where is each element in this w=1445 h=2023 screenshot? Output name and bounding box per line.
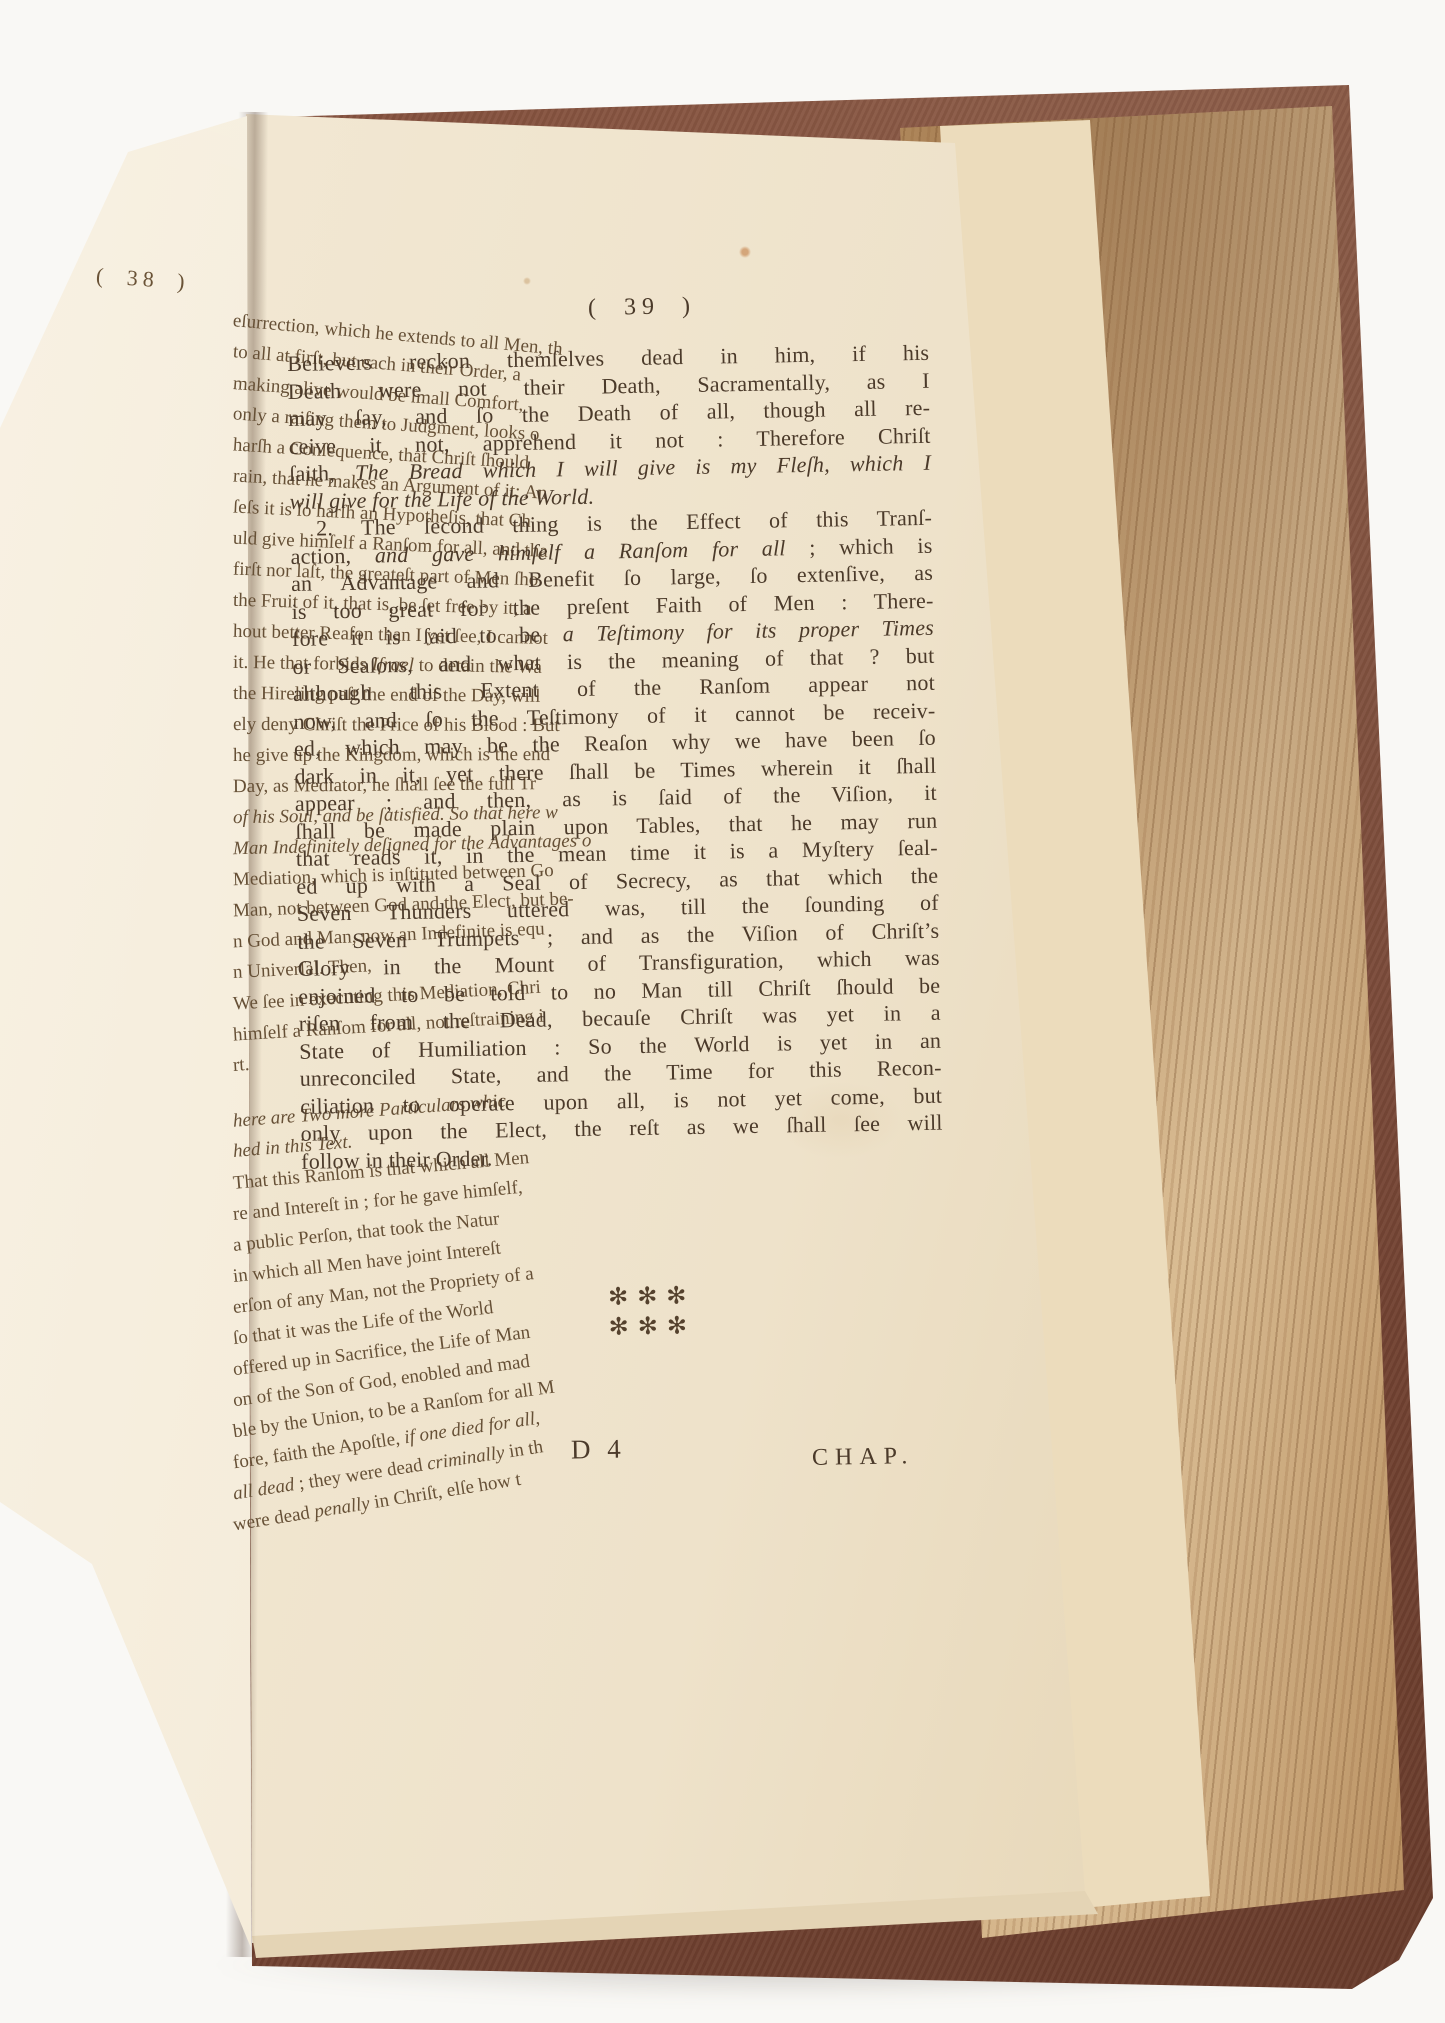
printer-ornament-row: ✻✻✻ xyxy=(591,1280,712,1312)
left-page-text: eſurrection, which he extends to all Men… xyxy=(233,306,243,1539)
catchword: CHAP. xyxy=(812,1443,915,1472)
signature-mark: D 4 xyxy=(571,1434,626,1466)
book-photo: ( 38 ) eſurrection, which he extends to … xyxy=(0,0,1445,2023)
printer-ornament: ✻✻✻ ✻✻✻ xyxy=(591,1280,712,1342)
right-page-text: Believers reckon themſelves dead in him,… xyxy=(287,339,943,1175)
right-page-number: ( 39 ) xyxy=(588,293,696,322)
printer-ornament-row: ✻✻✻ xyxy=(592,1310,713,1342)
